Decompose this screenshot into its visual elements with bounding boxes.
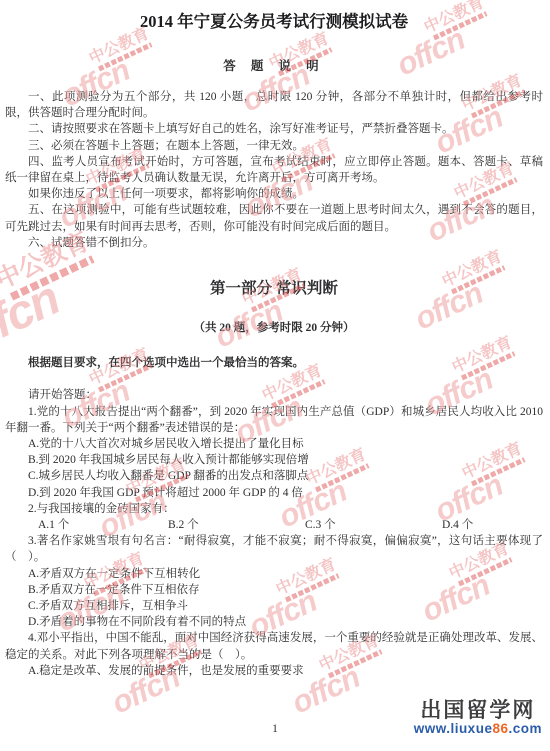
instructions-list: 一、此项测验分为五个部分，共 120 小题，总时限 120 分钟，各部分不单独计…: [5, 89, 543, 251]
question-3-option-b: B.矛盾双方在一定条件下互相依存: [5, 582, 543, 598]
question-1-stem: 1.党的十八大报告提出“两个翻番”，到 2020 年实现国内生产总值（GDP）和…: [5, 404, 543, 436]
instructions-heading: 答 题 说 明: [5, 59, 543, 74]
question-3-option-d: D.矛盾着的事物在不同阶段有着不同的特点: [5, 614, 543, 630]
instruction-item-1: 一、此项测验分为五个部分，共 120 小题，总时限 120 分钟，各部分不单独计…: [5, 89, 543, 121]
site-url-suffix: .com: [508, 721, 542, 736]
question-2-option-c: C.3 个: [305, 517, 442, 533]
site-url-link[interactable]: www.liuxue86.com: [414, 722, 542, 736]
question-3: 3.著名作家姚雪垠有句名言：“耐得寂寞，才能不寂寞；耐不得寂寞，偏偏寂寞”，这句…: [5, 533, 543, 630]
question-2-option-b: B.2 个: [168, 517, 305, 533]
instruction-item-2: 二、请按照要求在答题卡上填写好自己的姓名，涂写好准考证号，严禁折叠答题卡。: [5, 121, 543, 137]
instruction-warning: 如果你违反了以上任何一项要求，都将影响你的成绩。: [5, 186, 543, 202]
site-url-prefix: www.liuxue: [414, 721, 493, 736]
start-prompt: 请开始答题：: [5, 387, 543, 403]
question-2-option-a: A.1 个: [38, 517, 168, 533]
site-name: 出国留学网: [414, 699, 542, 722]
instruction-item-6: 六、试题答错不倒扣分。: [5, 235, 543, 251]
question-2-option-d: D.4 个: [442, 517, 473, 533]
question-3-option-c: C.矛盾双方互相排斥，互相争斗: [5, 598, 543, 614]
question-4: 4.邓小平指出，中国不能乱，面对中国经济获得高速发展，一个重要的经验就是正确处理…: [5, 630, 543, 679]
question-4-stem: 4.邓小平指出，中国不能乱，面对中国经济获得高速发展，一个重要的经验就是正确处理…: [5, 630, 543, 662]
question-2-options: A.1 个 B.2 个 C.3 个 D.4 个: [5, 517, 543, 533]
question-2: 2.与我国接壤的金砖国家有： A.1 个 B.2 个 C.3 个 D.4 个: [5, 501, 543, 533]
section-subtitle: （共 20 题，参考时限 20 分钟）: [5, 320, 543, 336]
instruction-item-3: 三、必须在答题卡上答题；在题本上答题，一律无效。: [5, 138, 543, 154]
site-url-number: 86: [492, 721, 508, 736]
question-4-option-a: A.稳定是改革、发展的前提条件，也是发展的重要要求: [5, 663, 543, 679]
question-3-stem: 3.著名作家姚雪垠有句名言：“耐得寂寞，才能不寂寞；耐不得寂寞，偏偏寂寞”，这句…: [5, 533, 543, 565]
question-1-option-d: D.到 2020 年我国 GDP 预计将超过 2000 年 GDP 的 4 倍: [5, 485, 543, 501]
page-title: 2014 年宁夏公务员考试行测模拟试卷: [5, 12, 543, 32]
question-1-option-a: A.党的十八大首次对城乡居民收入增长提出了量化目标: [5, 436, 543, 452]
instruction-item-5: 五、在这项测验中，可能有些试题较难，因此你不要在一道题上思考时间太久，遇到不会答…: [5, 202, 543, 234]
section-title: 第一部分 常识判断: [5, 279, 543, 299]
question-1: 1.党的十八大报告提出“两个翻番”，到 2020 年实现国内生产总值（GDP）和…: [5, 404, 543, 501]
exam-paper-page: 2014 年宁夏公务员考试行测模拟试卷 答 题 说 明 一、此项测验分为五个部分…: [0, 0, 550, 751]
document-content: 2014 年宁夏公务员考试行测模拟试卷 答 题 说 明 一、此项测验分为五个部分…: [0, 0, 550, 679]
question-2-stem: 2.与我国接壤的金砖国家有：: [5, 501, 543, 517]
section-requirement: 根据题目要求，在四个选项中选出一个最恰当的答案。: [5, 355, 543, 371]
liuxue86-site-logo[interactable]: 出国留学网 www.liuxue86.com: [414, 699, 542, 736]
question-3-option-a: A.矛盾双方在一定条件下互相转化: [5, 566, 543, 582]
question-1-option-b: B.到 2020 年我国城乡居民每人收入预计都能够实现倍增: [5, 452, 543, 468]
question-1-option-c: C.城乡居民人均收入翻番是 GDP 翻番的出发点和落脚点: [5, 468, 543, 484]
instruction-item-4: 四、监考人员宣布考试开始时，方可答题，宣布考试结束时，应立即停止答题。题本、答题…: [5, 154, 543, 186]
